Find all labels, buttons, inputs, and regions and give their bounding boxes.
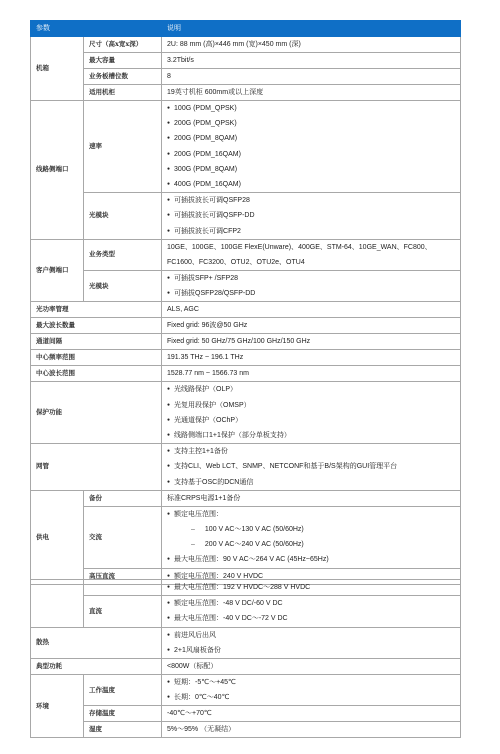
list-item: 200G (PDM_8QAM) <box>167 131 455 146</box>
header-param: 参数 <box>31 21 162 37</box>
row-label: 光模块 <box>84 193 162 240</box>
table-row: 最大容量 3.2Tbit/s <box>31 53 461 69</box>
row-label: 尺寸（高x宽x深） <box>84 37 162 53</box>
list-item: 可插拔波长可调QSFP-DD <box>167 208 455 223</box>
group-environment: 环境 <box>31 674 84 737</box>
row-value: 最大电压范围：192 V HVDC～288 V HVDC <box>162 580 461 596</box>
table-row: 直流 额定电压范围：-48 V DC/-60 V DC 最大电压范围：-40 V… <box>31 596 461 627</box>
table-row: 光功率管理 ALS, AGC <box>31 302 461 318</box>
table-row: 存储温度 -40℃～+70℃ <box>31 706 461 722</box>
table-row: 湿度 5%～95% （无凝结） <box>31 722 461 738</box>
row-value: 10GE、100GE、100GE FlexE(Unware)、400GE、STM… <box>162 239 461 270</box>
group-chassis: 机箱 <box>31 37 84 101</box>
list-item: 长期：0℃～40℃ <box>167 690 455 705</box>
row-label: 光模块 <box>84 271 162 302</box>
list-item: 可插拔SFP+ /SFP28 <box>167 271 455 286</box>
group-line-port: 线路侧端口 <box>31 101 84 240</box>
row-label: 最大波长数量 <box>31 318 162 334</box>
text-line: FC1600、FC3200、OTU2、OTU2e、OTU4 <box>167 255 455 270</box>
row-value: 2U: 88 mm (高)×446 mm (宽)×450 mm (深) <box>162 37 461 53</box>
row-label: 备份 <box>84 490 162 506</box>
list-item: 前进风后出风 <box>167 628 455 643</box>
row-value: 可插拔SFP+ /SFP28 可插拔QSFP28/QSFP-DD <box>162 271 461 302</box>
table-row: 适用机柜 19英寸机柜 600mm或以上深度 <box>31 85 461 101</box>
list-item: 400G (PDM_16QAM) <box>167 177 455 192</box>
table-row: 最大电压范围：192 V HVDC～288 V HVDC <box>31 580 461 596</box>
table-row: 中心频率范围 191.35 THz ~ 196.1 THz <box>31 350 461 366</box>
row-value: <800W（标配） <box>162 658 461 674</box>
table-header-row: 参数 说明 <box>31 21 461 37</box>
row-value: Fixed grid: 50 GHz/75 GHz/100 GHz/150 GH… <box>162 334 461 350</box>
list-item: 支持基于OSC的DCN通信 <box>167 475 455 490</box>
row-label: 存储温度 <box>84 706 162 722</box>
row-label-hvdc-continued <box>84 580 162 596</box>
group-power-continued <box>31 580 84 628</box>
row-value: 3.2Tbit/s <box>162 53 461 69</box>
list-item: 可插拔波长可调QSFP28 <box>167 193 455 208</box>
row-label: 直流 <box>84 596 162 627</box>
table-row: 交流 额定电压范围： 100 V AC～130 V AC (50/60Hz) 2… <box>31 506 461 568</box>
table-row: 环境 工作温度 短期：-5℃～+45℃ 长期：0℃～40℃ <box>31 674 461 705</box>
list-item: 可插拔波长可调CFP2 <box>167 224 455 239</box>
row-label: 湿度 <box>84 722 162 738</box>
row-value: 1528.77 nm ~ 1566.73 nm <box>162 366 461 382</box>
list-item: 支持主控1+1备份 <box>167 444 455 459</box>
list-item: 支持CLI、Web LCT、SNMP、NETCONF和基于B/S架构的GUI管理… <box>167 459 455 474</box>
row-label: 业务类型 <box>84 239 162 270</box>
row-value: -40℃～+70℃ <box>162 706 461 722</box>
list-item: 可插拔QSFP28/QSFP-DD <box>167 286 455 301</box>
table-row: 业务板槽位数 8 <box>31 69 461 85</box>
row-value: 短期：-5℃～+45℃ 长期：0℃～40℃ <box>162 674 461 705</box>
sub-list-item: 100 V AC～130 V AC (50/60Hz) <box>167 522 455 537</box>
table-row: 客户侧端口 业务类型 10GE、100GE、100GE FlexE(Unware… <box>31 239 461 270</box>
row-label: 适用机柜 <box>84 85 162 101</box>
row-value: 额定电压范围：-48 V DC/-60 V DC 最大电压范围：-40 V DC… <box>162 596 461 627</box>
table-row: 机箱 尺寸（高x宽x深） 2U: 88 mm (高)×446 mm (宽)×45… <box>31 37 461 53</box>
row-label: 交流 <box>84 506 162 568</box>
row-value: ALS, AGC <box>162 302 461 318</box>
row-value: 100G (PDM_QPSK) 200G (PDM_QPSK) 200G (PD… <box>162 101 461 193</box>
row-value: 19英寸机柜 600mm或以上深度 <box>162 85 461 101</box>
list-item: 光通道保护（OChP） <box>167 413 455 428</box>
row-label: 中心频率范围 <box>31 350 162 366</box>
row-label: 工作温度 <box>84 674 162 705</box>
table-row: 最大波长数量 Fixed grid: 96波@50 GHz <box>31 318 461 334</box>
header-desc: 说明 <box>162 21 461 37</box>
table-row: 中心波长范围 1528.77 nm ~ 1566.73 nm <box>31 366 461 382</box>
row-label: 散热 <box>31 627 162 658</box>
spec-table-part-1: 参数 说明 机箱 尺寸（高x宽x深） 2U: 88 mm (高)×446 mm … <box>30 20 461 585</box>
group-client-port: 客户侧端口 <box>31 239 84 302</box>
row-value: 支持主控1+1备份 支持CLI、Web LCT、SNMP、NETCONF和基于B… <box>162 444 461 491</box>
list-item: 最大电压范围：192 V HVDC～288 V HVDC <box>167 580 455 595</box>
row-value: 8 <box>162 69 461 85</box>
spec-table-part-2: 最大电压范围：192 V HVDC～288 V HVDC 直流 额定电压范围：-… <box>30 579 461 738</box>
list-item: 100G (PDM_QPSK) <box>167 101 455 116</box>
row-label: 光功率管理 <box>31 302 162 318</box>
table-row: 通道间隔 Fixed grid: 50 GHz/75 GHz/100 GHz/1… <box>31 334 461 350</box>
list-item: 300G (PDM_8QAM) <box>167 162 455 177</box>
sub-list-item: 200 V AC～240 V AC (50/60Hz) <box>167 537 455 552</box>
row-label: 通道间隔 <box>31 334 162 350</box>
row-value: 光线路保护（OLP） 光复用段保护（OMSP） 光通道保护（OChP） 线路侧端… <box>162 382 461 444</box>
list-item: 2+1风扇板备份 <box>167 643 455 658</box>
table-row: 保护功能 光线路保护（OLP） 光复用段保护（OMSP） 光通道保护（OChP）… <box>31 382 461 444</box>
list-item: 200G (PDM_16QAM) <box>167 147 455 162</box>
list-item: 光复用段保护（OMSP） <box>167 398 455 413</box>
table-row: 典型功耗 <800W（标配） <box>31 658 461 674</box>
group-power: 供电 <box>31 490 84 584</box>
row-value: 额定电压范围： 100 V AC～130 V AC (50/60Hz) 200 … <box>162 506 461 568</box>
row-value: 可插拔波长可调QSFP28 可插拔波长可调QSFP-DD 可插拔波长可调CFP2 <box>162 193 461 240</box>
row-value: 5%～95% （无凝结） <box>162 722 461 738</box>
table-row: 供电 备份 标准CRPS电源1+1备份 <box>31 490 461 506</box>
row-value: 前进风后出风 2+1风扇板备份 <box>162 627 461 658</box>
list-item: 光线路保护（OLP） <box>167 382 455 397</box>
list-item: 额定电压范围： <box>167 507 455 522</box>
list-item: 额定电压范围：-48 V DC/-60 V DC <box>167 596 455 611</box>
list-item: 线路侧端口1+1保护（部分单板支持） <box>167 428 455 443</box>
table-row: 散热 前进风后出风 2+1风扇板备份 <box>31 627 461 658</box>
list-item: 最大电压范围：-40 V DC～-72 V DC <box>167 611 455 626</box>
list-item: 200G (PDM_QPSK) <box>167 116 455 131</box>
row-label: 网管 <box>31 444 162 491</box>
table-row: 光模块 可插拔波长可调QSFP28 可插拔波长可调QSFP-DD 可插拔波长可调… <box>31 193 461 240</box>
row-value: 标准CRPS电源1+1备份 <box>162 490 461 506</box>
table-row: 网管 支持主控1+1备份 支持CLI、Web LCT、SNMP、NETCONF和… <box>31 444 461 491</box>
list-item: 短期：-5℃～+45℃ <box>167 675 455 690</box>
row-label: 最大容量 <box>84 53 162 69</box>
row-value: Fixed grid: 96波@50 GHz <box>162 318 461 334</box>
row-label: 中心波长范围 <box>31 366 162 382</box>
row-label: 业务板槽位数 <box>84 69 162 85</box>
row-value: 191.35 THz ~ 196.1 THz <box>162 350 461 366</box>
table-row: 光模块 可插拔SFP+ /SFP28 可插拔QSFP28/QSFP-DD <box>31 271 461 302</box>
table-row: 线路侧端口 速率 100G (PDM_QPSK) 200G (PDM_QPSK)… <box>31 101 461 193</box>
row-label: 保护功能 <box>31 382 162 444</box>
row-label: 典型功耗 <box>31 658 162 674</box>
list-item: 最大电压范围：90 V AC～264 V AC (45Hz~65Hz) <box>167 552 455 567</box>
text-line: 10GE、100GE、100GE FlexE(Unware)、400GE、STM… <box>167 240 455 255</box>
row-label: 速率 <box>84 101 162 193</box>
